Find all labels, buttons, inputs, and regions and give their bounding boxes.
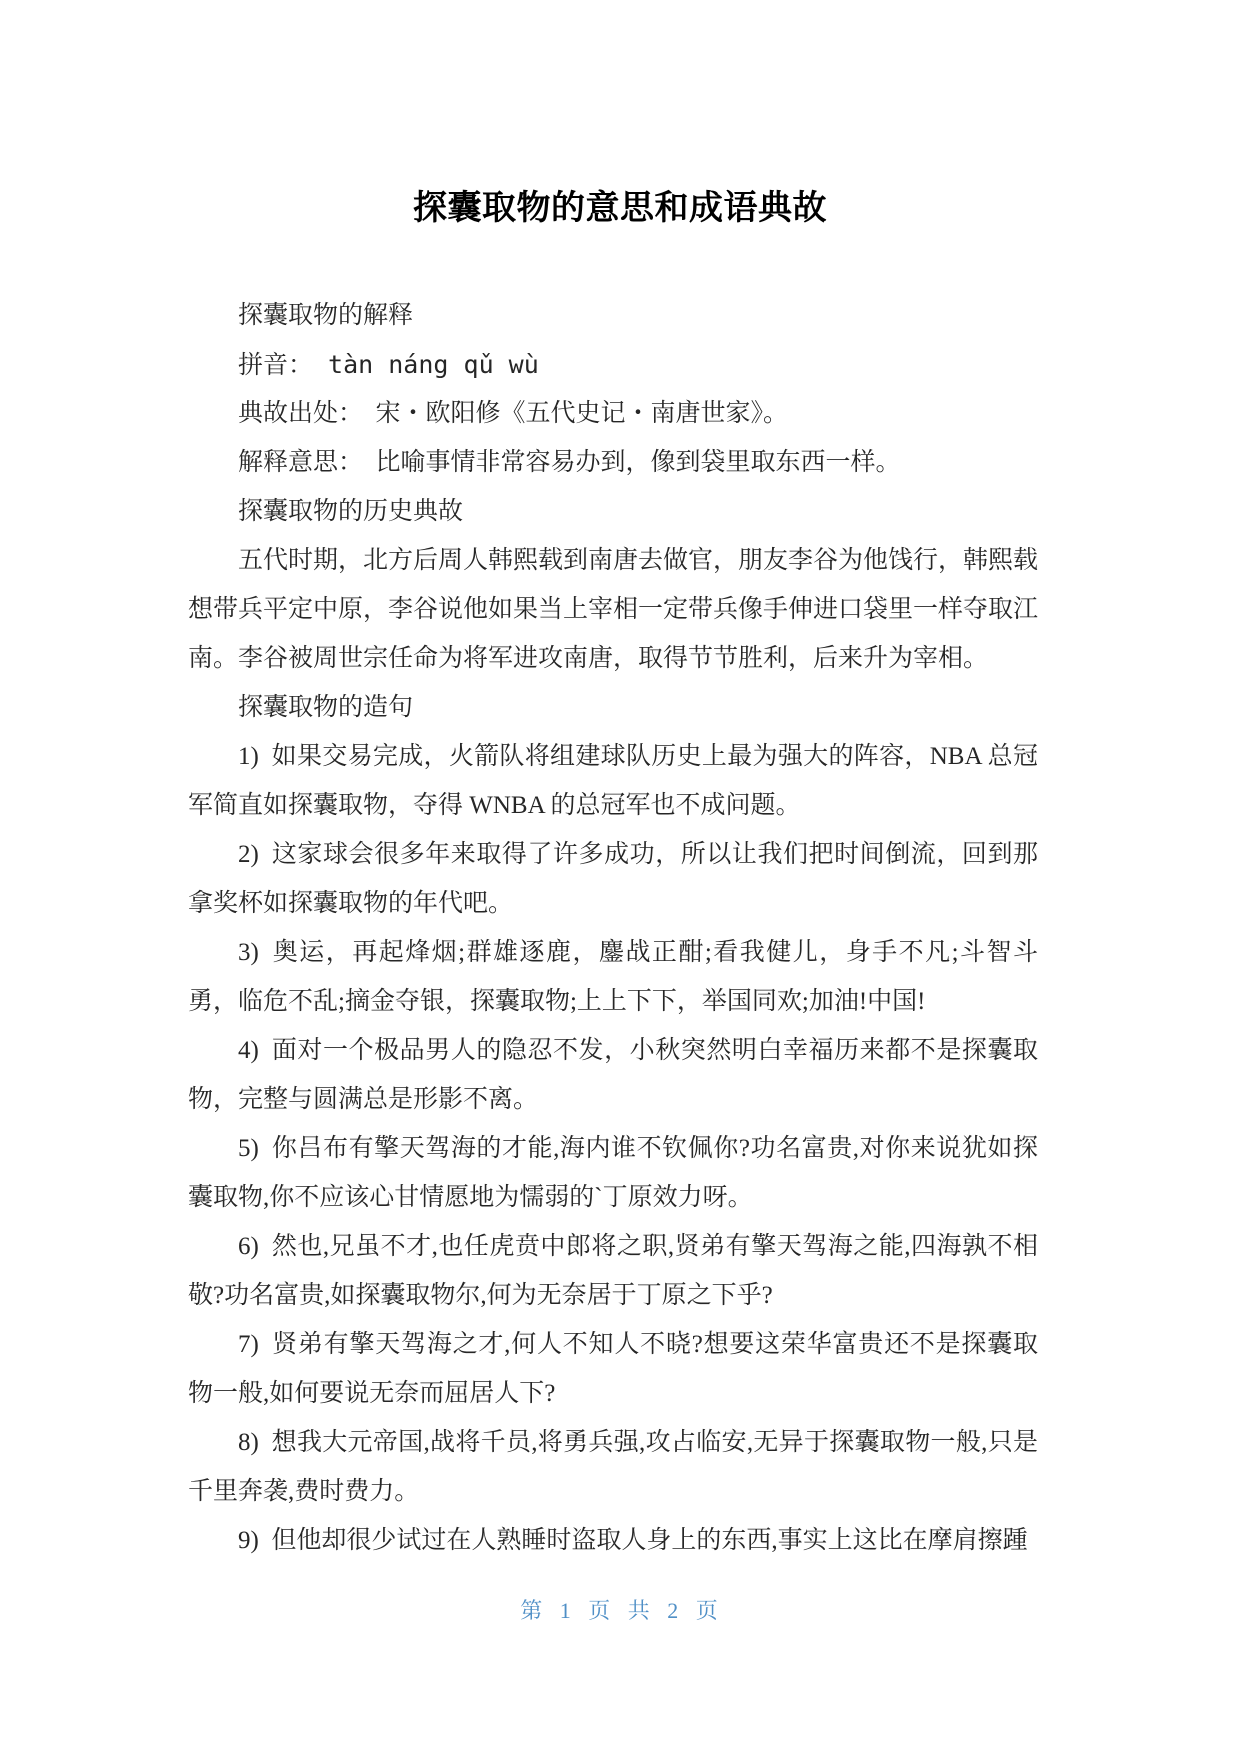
paragraph: 1) 如果交易完成，火箭队将组建球队历史上最为强大的阵容，NBA 总冠军简直如探… [188,732,1038,830]
paragraph: 探囊取物的造句 [188,683,1038,732]
paragraph: 7) 贤弟有擎天驾海之才,何人不知人不晓?想要这荣华富贵还不是探囊取物一般,如何… [188,1320,1038,1418]
paragraph: 8) 想我大元帝国,战将千员,将勇兵强,攻占临安,无异于探囊取物一般,只是千里奔… [188,1418,1038,1516]
paragraph: 4) 面对一个极品男人的隐忍不发，小秋突然明白幸福历来都不是探囊取物，完整与圆满… [188,1026,1038,1124]
paragraph: 9) 但他却很少试过在人熟睡时盗取人身上的东西,事实上这比在摩肩擦踵 [188,1516,1038,1565]
paragraph: 探囊取物的历史典故 [188,487,1038,536]
document-body: 探囊取物的解释拼音： tàn náng qǔ wù典故出处： 宋・欧阳修《五代史… [188,291,1038,1565]
page-number: 第 1 页 共 2 页 [520,1598,720,1623]
document-title: 探囊取物的意思和成语典故 [0,184,1240,232]
paragraph: 解释意思： 比喻事情非常容易办到，像到袋里取东西一样。 [188,438,1038,487]
paragraph: 3) 奥运，再起烽烟;群雄逐鹿，鏖战正酣;看我健儿，身手不凡;斗智斗勇，临危不乱… [188,928,1038,1026]
document-page: 探囊取物的意思和成语典故 探囊取物的解释拼音： tàn náng qǔ wù典故… [0,0,1240,1753]
paragraph: 2) 这家球会很多年来取得了许多成功，所以让我们把时间倒流，回到那拿奖杯如探囊取… [188,830,1038,928]
paragraph: 5) 你吕布有擎天驾海的才能,海内谁不钦佩你?功名富贵,对你来说犹如探囊取物,你… [188,1124,1038,1222]
paragraph: 五代时期，北方后周人韩熙载到南唐去做官，朋友李谷为他饯行，韩熙载想带兵平定中原，… [188,536,1038,683]
paragraph: 典故出处： 宋・欧阳修《五代史记・南唐世家》。 [188,389,1038,438]
paragraph: 探囊取物的解释 [188,291,1038,340]
paragraph: 拼音： tàn náng qǔ wù [188,340,1038,389]
page-footer: 第 1 页 共 2 页 [0,1596,1240,1626]
paragraph: 6) 然也,兄虽不才,也任虎贲中郎将之职,贤弟有擎天驾海之能,四海孰不相敬?功名… [188,1222,1038,1320]
